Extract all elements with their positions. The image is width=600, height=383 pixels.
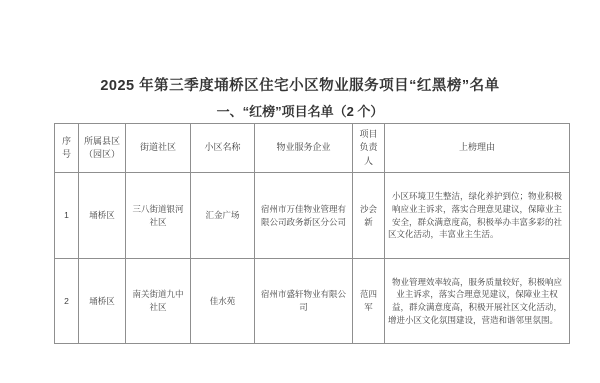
cell-reason: 小区环境卫生整洁，绿化养护到位；物业积极响应业主诉求，落实合理意见建议，保障业主…	[385, 173, 570, 259]
cell-community: 汇金广场	[191, 173, 255, 259]
cell-company: 宿州市万佳物业管理有限公司政务新区分公司	[255, 173, 353, 259]
cell-street: 南关街道九中社区	[126, 259, 191, 344]
table-header-row: 序号 所属县区（园区） 街道社区 小区名称 物业服务企业 项目负责人 上榜理由	[55, 124, 570, 173]
cell-index: 1	[55, 173, 79, 259]
document-page: 2025 年第三季度埇桥区住宅小区物业服务项目“红黑榜”名单 一、“红榜”项目名…	[0, 0, 600, 383]
header-district: 所属县区（园区）	[79, 124, 126, 173]
header-street: 街道社区	[126, 124, 191, 173]
header-reason: 上榜理由	[385, 124, 570, 173]
cell-community: 佳水苑	[191, 259, 255, 344]
cell-district: 埇桥区	[79, 259, 126, 344]
page-title: 2025 年第三季度埇桥区住宅小区物业服务项目“红黑榜”名单	[0, 74, 600, 95]
cell-reason: 物业管理效率较高，服务质量较好，积极响应业主诉求，落实合理意见建议，保障业主权益…	[385, 259, 570, 344]
table-row: 2 埇桥区 南关街道九中社区 佳水苑 宿州市盛轩物业有限公司 范四军 物业管理效…	[55, 259, 570, 344]
cell-company: 宿州市盛轩物业有限公司	[255, 259, 353, 344]
header-community: 小区名称	[191, 124, 255, 173]
cell-manager: 沙会新	[353, 173, 385, 259]
header-manager: 项目负责人	[353, 124, 385, 173]
red-list-table: 序号 所属县区（园区） 街道社区 小区名称 物业服务企业 项目负责人 上榜理由 …	[54, 123, 570, 344]
header-company: 物业服务企业	[255, 124, 353, 173]
cell-index: 2	[55, 259, 79, 344]
cell-manager: 范四军	[353, 259, 385, 344]
cell-street: 三八街道银河社区	[126, 173, 191, 259]
cell-district: 埇桥区	[79, 173, 126, 259]
section-subtitle: 一、“红榜”项目名单（2 个）	[0, 101, 600, 120]
header-index: 序号	[55, 124, 79, 173]
table-row: 1 埇桥区 三八街道银河社区 汇金广场 宿州市万佳物业管理有限公司政务新区分公司…	[55, 173, 570, 259]
